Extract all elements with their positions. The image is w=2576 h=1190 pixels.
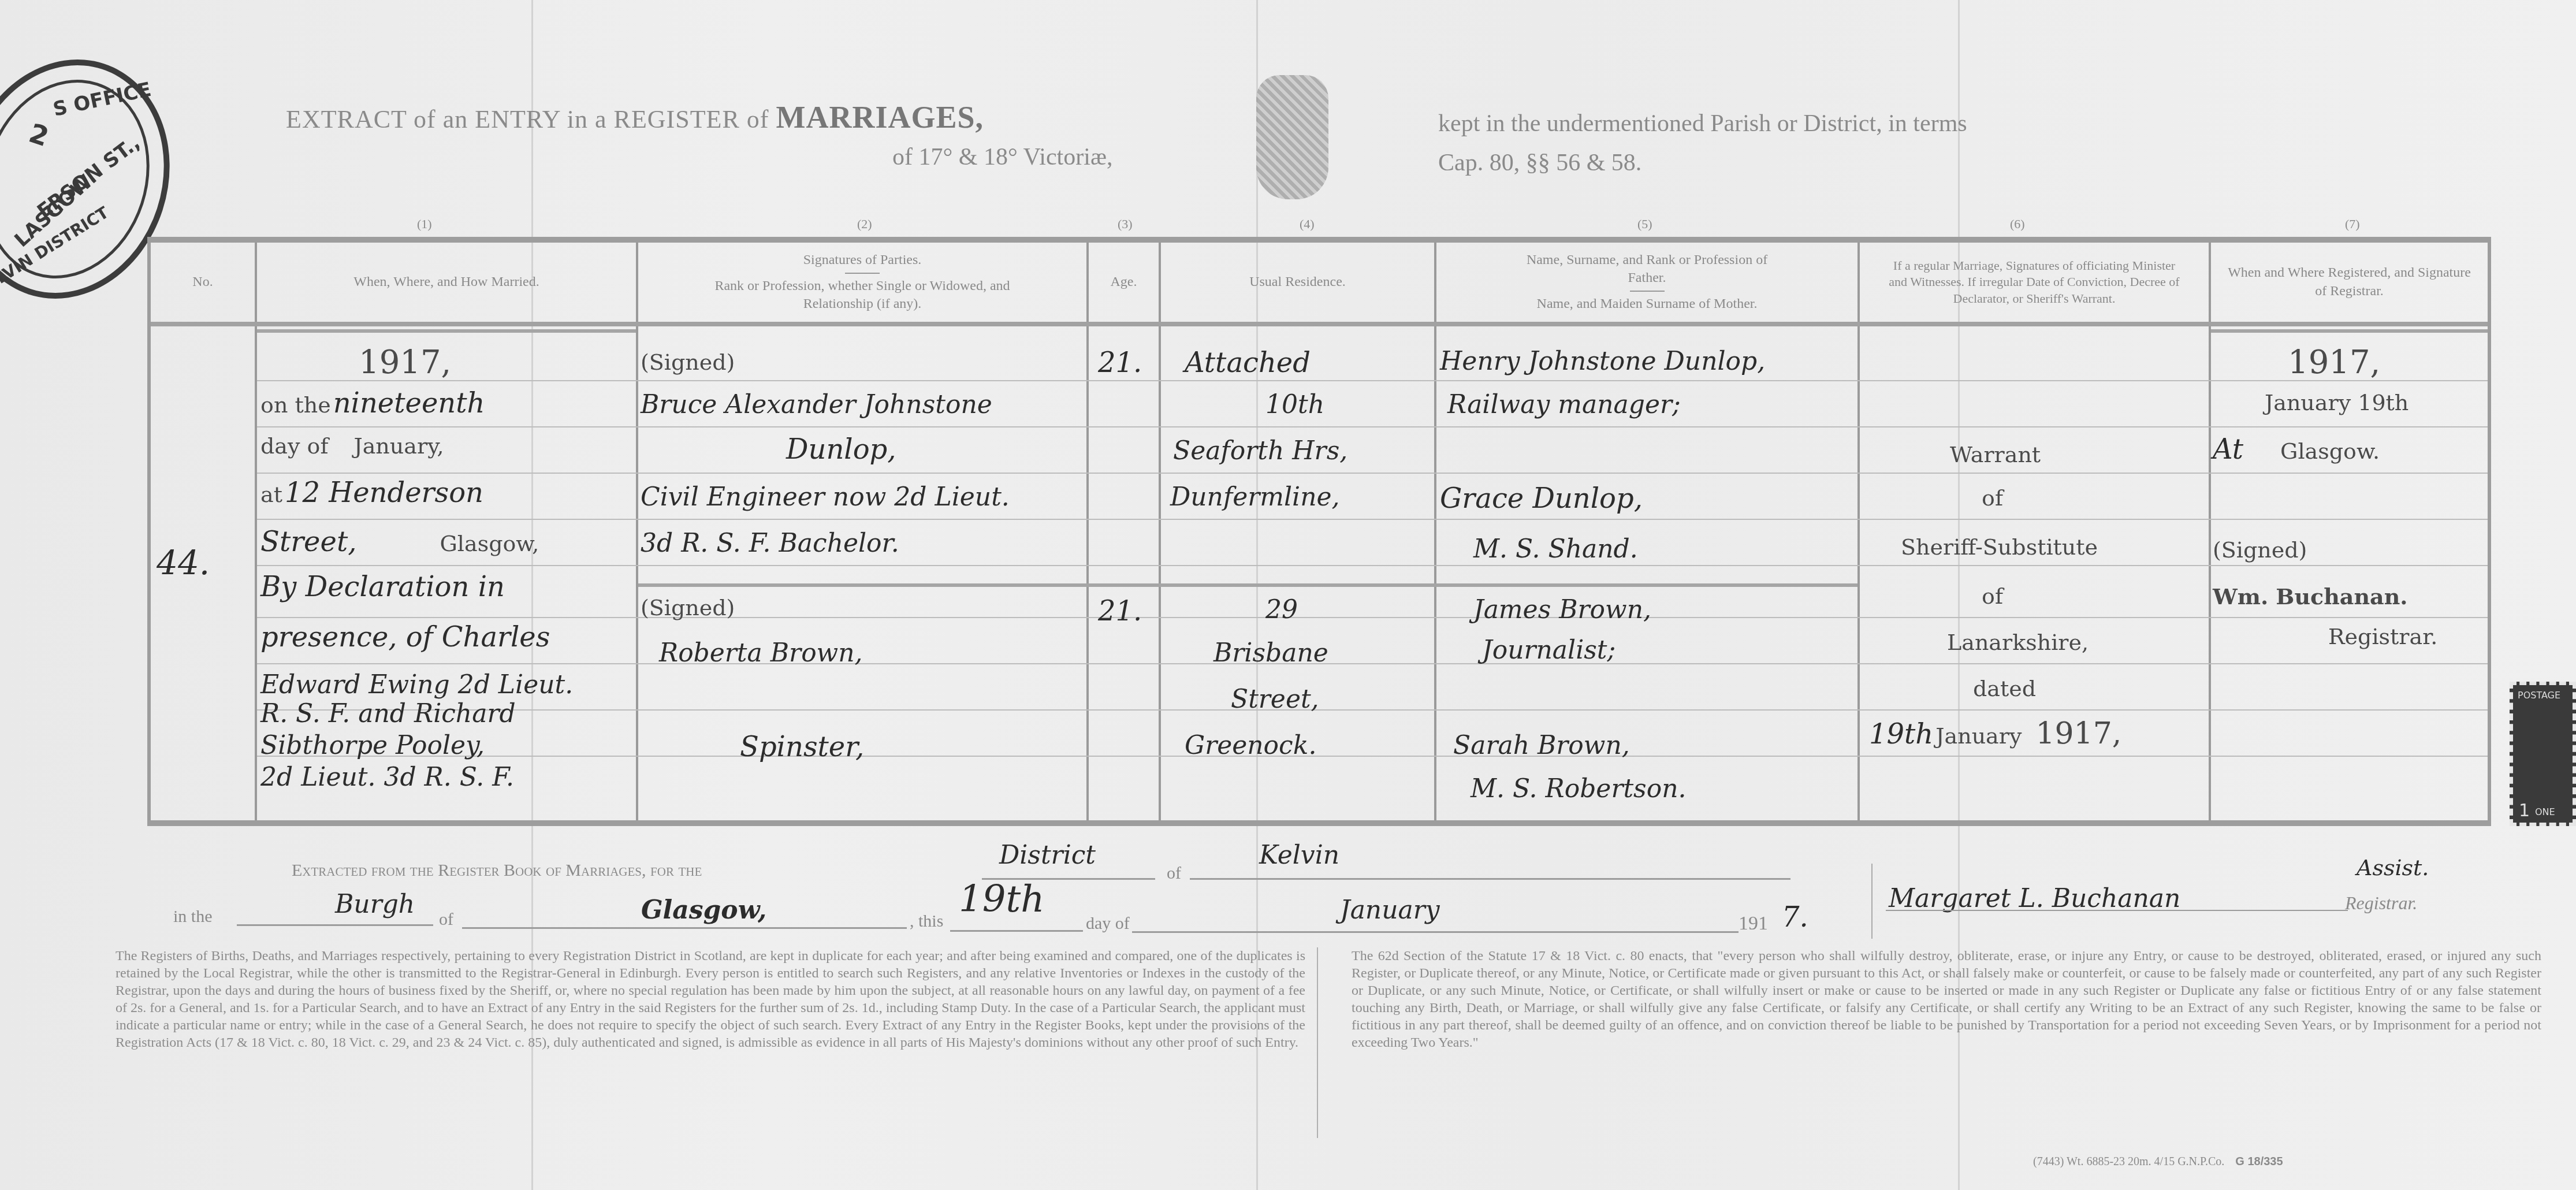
header-father: Name, Surname, and Rank or Profession of… <box>1523 251 1771 287</box>
extract-day-of: day of <box>1086 914 1130 934</box>
column-number: (2) <box>857 217 872 232</box>
extract-burgh: Glasgow, <box>641 895 766 925</box>
groom-name-line2: Dunlop, <box>786 433 896 466</box>
header-registered-text: When and Where Registered, and Signature… <box>2223 264 2477 300</box>
groom-father-line2: Railway manager; <box>1447 390 1681 419</box>
registrar-name: Wm. Buchanan. <box>2213 583 2408 609</box>
column-divider <box>1857 243 1860 820</box>
registration-date: January 19th <box>2265 390 2409 415</box>
registrar-title-printed: Registrar. <box>2345 892 2417 914</box>
groom-residence-line1: Attached <box>1185 347 1311 379</box>
ruled-line <box>257 519 2488 520</box>
bride-signed-label: (Signed) <box>641 595 735 620</box>
marriage-place: 12 Henderson <box>285 477 483 509</box>
registrar-title: Registrar. <box>2328 624 2437 649</box>
warrant-line2: of <box>1982 485 2003 511</box>
extract-day: 19th <box>959 878 1044 921</box>
marriage-day-line: on the nineteenth <box>260 387 485 419</box>
header-officiating-text: If a regular Marriage, Signatures of off… <box>1884 258 2184 307</box>
signature-line <box>1886 910 2348 911</box>
marriage-street: Street, <box>260 526 356 558</box>
bride-residence-line1: 29 <box>1265 595 1298 624</box>
groom-signed-label: (Signed) <box>641 349 735 375</box>
groom-residence-line2: 10th <box>1265 390 1324 419</box>
fine-print-registers-notice: The Registers of Births, Deaths, and Mar… <box>116 947 1305 1051</box>
bride-residence-line4: Greenock. <box>1185 731 1316 760</box>
warrant-line3: Sheriff-Substitute <box>1901 534 2098 560</box>
bride-father-line2: Journalist; <box>1482 635 1615 665</box>
registered-top-rule <box>2211 329 2488 333</box>
month-prefix: day of <box>260 433 328 459</box>
warrant-date: 19th January 1917, <box>1869 716 2121 751</box>
header-no: No. <box>151 243 255 322</box>
header-when-where-how: When, Where, and How Married. <box>257 243 636 322</box>
column-divider <box>1434 243 1436 820</box>
warrant-line5: Lanarkshire, <box>1947 630 2089 655</box>
column-divider <box>636 243 638 820</box>
extract-of-2: of <box>439 910 453 929</box>
header-signatures-line2: Rank or Profession, whether Single or Wi… <box>706 277 1018 313</box>
postage-stamp-label: POSTAGE <box>2518 690 2560 701</box>
how-married-line6: 2d Lieut. 3d R. S. F. <box>260 763 514 792</box>
groom-rank-line1: Civil Engineer now 2d Lieut. <box>641 482 1010 512</box>
registration-place-line: At Glasgow. <box>2213 433 2380 466</box>
extract-burgh-type: Burgh <box>335 890 415 919</box>
column-divider <box>1086 243 1089 820</box>
ruled-line <box>257 426 2488 427</box>
ruled-line <box>257 617 2488 618</box>
how-married-line5: Sibthorpe Pooley, <box>260 731 485 760</box>
groom-residence-line3: Seaforth Hrs, <box>1173 436 1347 466</box>
title-parish-district: kept in the undermentioned Parish or Dis… <box>1438 110 1967 137</box>
fill-line <box>950 930 1083 932</box>
assistant-registrar-signature: Margaret L. Buchanan <box>1889 884 2180 913</box>
title-act-reference: of 17° & 18° Victoriæ, <box>892 143 1112 171</box>
warrant-date-day: 19th <box>1869 718 1933 750</box>
column-number: (5) <box>1637 217 1652 232</box>
header-officiating: If a regular Marriage, Signatures of off… <box>1860 243 2209 322</box>
assistant-title-handwritten: Assist. <box>2357 855 2429 880</box>
ruled-line <box>257 709 2488 711</box>
bride-mother-line1: Sarah Brown, <box>1453 731 1630 760</box>
party-separator <box>638 583 1857 587</box>
bride-status: Spinster, <box>740 731 864 763</box>
extract-month: January <box>1340 895 1440 925</box>
groom-age: 21. <box>1098 347 1142 379</box>
bride-name: Roberta Brown, <box>659 638 863 668</box>
warrant-line1: Warrant <box>1950 442 2041 467</box>
bride-residence-line3: Street, <box>1231 685 1319 714</box>
groom-residence-line4: Dunfermline, <box>1170 482 1340 512</box>
how-married-line2: presence, of Charles <box>260 621 550 653</box>
extract-year-prefix: 191 <box>1739 913 1768 935</box>
postage-stamp: POSTAGE 1 ONE <box>2510 682 2576 826</box>
fill-line <box>1190 878 1790 880</box>
fine-print-statute-notice: The 62d Section of the Statute 17 & 18 V… <box>1352 947 2541 1051</box>
marriage-month: January, <box>353 433 444 459</box>
document-title: EXTRACT of an ENTRY in a REGISTER of MAR… <box>286 99 984 135</box>
col1-top-rule <box>257 329 636 333</box>
column-number: (7) <box>2345 217 2360 232</box>
how-married-line1: By Declaration in <box>260 571 505 603</box>
title-bold-marriages: MARRIAGES, <box>776 100 984 135</box>
ruled-line <box>257 565 2488 566</box>
fine-print-divider <box>1317 947 1318 1138</box>
groom-mother-line1: Grace Dunlop, <box>1440 482 1643 515</box>
ruled-line <box>257 756 2488 757</box>
warrant-date-month: January <box>1935 723 2022 749</box>
marriage-month-line: day of January, <box>260 433 444 459</box>
warrant-line6: dated <box>1973 676 2036 701</box>
header-signatures: Signatures of Parties. Rank or Professio… <box>638 243 1086 322</box>
postage-stamp-value-text: ONE <box>2535 806 2555 817</box>
extract-prefix: Extracted from the Register Book of Marr… <box>292 861 702 880</box>
header-signatures-line1: Signatures of Parties. <box>803 251 922 269</box>
extract-this: , this <box>910 912 943 931</box>
marriage-day: nineteenth <box>333 387 485 419</box>
warrant-line4: of <box>1982 583 2003 609</box>
marriage-city: Glasgow, <box>440 531 539 556</box>
printer-code-text: (7443) Wt. 6885-23 20m. 4/15 G.N.P.Co. <box>2033 1155 2224 1168</box>
bride-age: 21. <box>1098 595 1142 627</box>
entry-number: 44. <box>157 543 210 582</box>
marriage-place-line: at 12 Henderson <box>260 477 483 509</box>
groom-name-line1: Bruce Alexander Johnstone <box>641 390 992 419</box>
header-residence: Usual Residence. <box>1161 243 1434 322</box>
bride-mother-line2: M. S. Robertson. <box>1471 774 1687 804</box>
marriage-street-line: Street, Glasgow, <box>260 526 539 558</box>
extract-district: Kelvin <box>1259 841 1339 870</box>
how-married-line3: Edward Ewing 2d Lieut. <box>260 670 573 700</box>
column-number: (4) <box>1300 217 1315 232</box>
fill-line <box>237 924 433 926</box>
title-cap-reference: Cap. 80, §§ 56 & 58. <box>1438 149 1641 177</box>
signature-bracket <box>1871 864 1873 939</box>
column-divider <box>1159 243 1161 820</box>
groom-mother-line2: M. S. Shand. <box>1473 534 1638 564</box>
extract-year-suffix: 7. <box>1782 901 1808 934</box>
bride-father-line1: James Brown, <box>1473 595 1651 624</box>
fill-line <box>462 927 907 929</box>
how-married-line4: R. S. F. and Richard <box>260 699 516 728</box>
extract-of-1: of <box>1167 864 1181 883</box>
groom-father-line1: Henry Johnstone Dunlop, <box>1440 347 1765 376</box>
registration-signed-label: (Signed) <box>2213 537 2307 563</box>
title-text: EXTRACT of an ENTRY in a REGISTER of <box>286 105 769 133</box>
header-dash <box>845 273 880 274</box>
form-number: G 18/335 <box>2235 1155 2283 1168</box>
fill-line <box>1132 931 1739 933</box>
register-table: No. When, Where, and How Married. Age. U… <box>147 237 2491 826</box>
royal-coat-of-arms-icon <box>1256 75 1328 199</box>
column-number: (3) <box>1118 217 1133 232</box>
registration-place: Glasgow. <box>2280 438 2380 464</box>
column-number: (6) <box>2010 217 2025 232</box>
header-registered: When and Where Registered, and Signature… <box>2211 243 2488 322</box>
registration-year: 1917, <box>2288 344 2380 381</box>
printer-code: (7443) Wt. 6885-23 20m. 4/15 G.N.P.Co. G… <box>2033 1155 2283 1169</box>
header-age: Age. <box>1089 243 1159 322</box>
place-prefix: at <box>260 482 282 507</box>
bride-residence-line2: Brisbane <box>1213 638 1328 668</box>
extract-district-type: District <box>999 841 1096 870</box>
day-prefix: on the <box>260 392 331 418</box>
header-divider <box>151 322 2488 326</box>
column-number: (1) <box>417 217 432 232</box>
ruled-line <box>257 473 2488 474</box>
extract-in-the: in the <box>173 907 213 927</box>
groom-rank-line2: 3d R. S. F. Bachelor. <box>641 529 899 558</box>
ruled-line <box>257 663 2488 664</box>
header-mother: Name, and Maiden Surname of Mother. <box>1537 295 1758 313</box>
marriage-year: 1917, <box>359 344 451 381</box>
warrant-date-year: 1917, <box>2035 716 2121 751</box>
header-parents: Name, Surname, and Rank or Profession of… <box>1436 243 1857 322</box>
ruled-line <box>257 380 2488 381</box>
registration-at: At <box>2213 433 2243 466</box>
header-dash <box>1630 291 1665 292</box>
postage-stamp-value: 1 <box>2519 801 2530 821</box>
